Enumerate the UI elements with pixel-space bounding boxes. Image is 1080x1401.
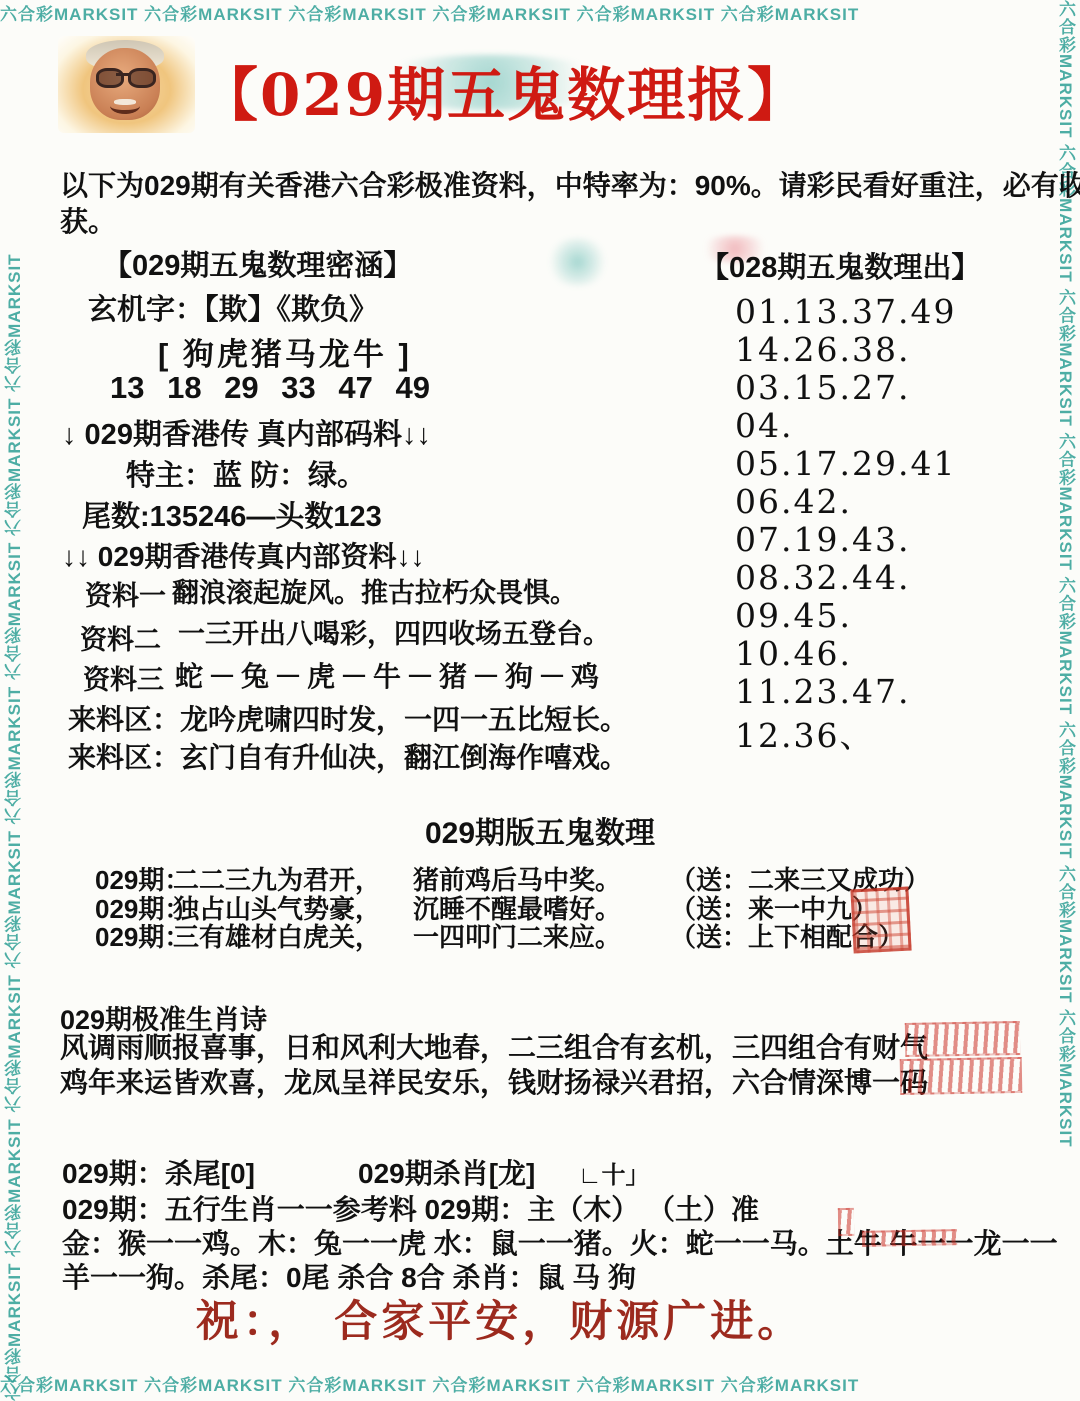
prev-row-7: 07.19.43. [735,520,910,559]
border-right-text: 六合彩MARKSIT 六合彩MARKSIT 六合彩MARKSIT 六合彩MARK… [1052,0,1078,1401]
lucky-numbers-line: 13 18 29 33 47 49 [110,370,430,406]
incoming-2-text: 玄门自有升仙决，翻江倒海作嘻戏。 [180,742,628,773]
incoming-line-1: 来料区：龙吟虎啸四时发，一四一五比短长。 [68,698,628,738]
ink-smudge [545,238,610,286]
verse-3-part2: 一四叩门二来应。 [413,917,621,954]
secret-section-title: 【029期五鬼数理密涵】 [103,243,412,284]
material-3-label: 资料三 [83,658,164,697]
border-left-text: 六合彩MARKSIT 六合彩MARKSIT 六合彩MARKSIT 六合彩MARK… [2,0,28,1401]
incoming-1-text: 龙吟虎啸四时发，一四一五比短长。 [180,704,628,735]
prev-row-9: 09.45. [735,596,852,635]
material-1-text: 翻浪滚起旋风。推古拉朽众畏惧。 [172,571,577,610]
intro-line-2: 获。 [60,200,116,240]
poem-line-1: 风调雨顺报喜事，日和风利大地春，二三组合有玄机，三四组合有财气 [60,1026,928,1066]
verse-section-title: 029期版五鬼数理 [0,808,1080,852]
photo-teeth [114,99,136,105]
incoming-1-label: 来料区： [68,704,180,735]
inner-info-title: ↓↓ 029期香港传真内部资料↓↓ [62,535,425,575]
prev-issue-title: 【028期五鬼数理出】 [700,245,980,286]
material-1-label: 资料一 [85,574,166,613]
color-tip-line: 特主：蓝 防：绿。 [126,453,366,494]
mystic-word-line: 玄机字：【欺】《欺负》 [88,287,378,328]
prev-row-6: 06.42. [735,482,852,521]
border-bottom-text: 六合彩MARKSIT 六合彩MARKSIT 六合彩MARKSIT 六合彩MARK… [0,1373,1080,1399]
border-top-text: 六合彩MARKSIT 六合彩MARKSIT 六合彩MARKSIT 六合彩MARK… [0,2,1080,28]
blessing-line: 祝：， 合家平安，财源广进。 [120,1288,880,1349]
material-3-text: 蛇－兔－虎－牛－猪－狗－鸡 [175,655,604,695]
prev-row-11: 11.23.47. [735,672,910,711]
prev-row-1: 01.13.37.49 [735,292,956,331]
poem-line-2: 鸡年来运皆欢喜，龙凤呈祥民安乐，钱财扬禄兴君招，六合情深博一码 [60,1061,928,1101]
red-scribble [900,1057,1023,1095]
photo-glasses-left [96,68,124,88]
prev-row-8: 08.32.44. [735,558,910,597]
prev-row-12: 12.36、 [735,710,874,757]
red-scribble [905,1021,1021,1057]
prev-row-5: 05.17.29.41 [735,444,956,483]
prev-row-4: 04. [735,406,793,445]
prev-row-2: 14.26.38. [735,330,910,369]
red-seal-stamp [850,887,911,954]
masthead-face-photo [58,36,195,133]
zodiac-bracket-line: [ 狗虎猪马龙牛 ] [158,329,412,374]
prev-row-10: 10.46. [735,634,852,673]
inner-code-title: ↓ 029期香港传 真内部码料↓↓ [62,412,431,453]
material-2-label: 资料二 [80,618,161,657]
verse-3-part1: 三有雄材白虎关， [173,917,381,954]
lottery-tip-sheet-page: 六合彩MARKSIT 六合彩MARKSIT 六合彩MARKSIT 六合彩MARK… [0,0,1080,1401]
red-scribble [838,1208,854,1236]
photo-glasses-bridge [116,73,130,76]
incoming-line-2: 来料区：玄门自有升仙决，翻江倒海作嘻戏。 [68,736,628,776]
kill-row1-left: 029期：杀尾[0] [62,1152,255,1192]
photo-glasses-right [128,68,156,88]
material-2-text: 一三开出八喝彩，四四收场五登台。 [178,612,610,651]
tail-head-line: 尾数:135246—头数123 [82,494,382,535]
intro-line-1: 以下为029期有关香港六合彩极准资料，中特率为：90%。请彩民看好重注，必有收 [60,164,1080,204]
page-title: 【029期五鬼数理报】 [200,48,807,132]
incoming-2-label: 来料区： [68,742,180,773]
red-scribble [862,1229,957,1247]
kill-row1-mark: ∟十」 [578,1155,650,1190]
prev-row-3: 03.15.27. [735,368,910,407]
kill-row1-right: 029期杀肖[龙] [358,1152,535,1192]
